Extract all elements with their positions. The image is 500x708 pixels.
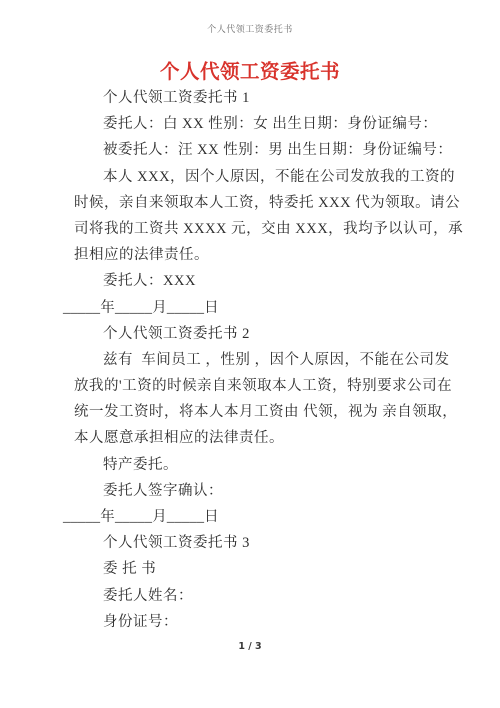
doc-line: 特产委托。 bbox=[74, 452, 444, 478]
doc-line: 放我的'工资的时候亲自来领取本人工资，特别要求公司在 bbox=[74, 373, 444, 399]
doc-line: 委 托 书 bbox=[74, 556, 444, 582]
doc-line: 被委托人：汪 XX 性别：男 出生日期：身份证编号： bbox=[74, 137, 444, 163]
doc-header-title: 个人代领工资委托书 bbox=[0, 22, 500, 35]
doc-line: 个人代领工资委托书 2 bbox=[74, 321, 444, 347]
doc-line: 本人 XXX，因个人原因，不能在公司发放我的工资的 bbox=[74, 164, 444, 190]
doc-line: 身份证号： bbox=[74, 609, 444, 635]
doc-line: 个人代领工资委托书 3 bbox=[74, 530, 444, 556]
doc-line: 兹有 车间员工 ，性别 ，因个人原因，不能在公司发 bbox=[74, 347, 444, 373]
doc-line: 委托人签字确认： bbox=[74, 478, 444, 504]
doc-line: 担相应的法律责任。 bbox=[74, 242, 444, 268]
doc-line: 本人愿意承担相应的法律责任。 bbox=[74, 425, 444, 451]
doc-line-date: _____年_____月_____日 bbox=[63, 295, 444, 321]
page-number: 1 / 3 bbox=[0, 641, 500, 652]
doc-line: 时候，亲自来领取本人工资，特委托 XXX 代为领取。请公 bbox=[74, 190, 444, 216]
doc-line: 统一发工资时，将本人本月工资由 代领，视为 亲自领取， bbox=[74, 399, 444, 425]
doc-line-date: _____年_____月_____日 bbox=[63, 504, 444, 530]
doc-line: 委托人姓名： bbox=[74, 583, 444, 609]
document-page: 个人代领工资委托书 个人代领工资委托书 个人代领工资委托书 1 委托人：白 XX… bbox=[0, 0, 500, 708]
doc-line: 委托人：XXX bbox=[74, 268, 444, 294]
doc-line: 司将我的工资共 XXXX 元，交由 XXX，我均予以认可，承 bbox=[74, 216, 444, 242]
doc-body: 个人代领工资委托书 1 委托人：白 XX 性别：女 出生日期：身份证编号： 被委… bbox=[74, 85, 444, 635]
doc-title: 个人代领工资委托书 bbox=[0, 56, 500, 84]
doc-line: 个人代领工资委托书 1 bbox=[74, 85, 444, 111]
doc-line: 委托人：白 XX 性别：女 出生日期：身份证编号： bbox=[74, 111, 444, 137]
